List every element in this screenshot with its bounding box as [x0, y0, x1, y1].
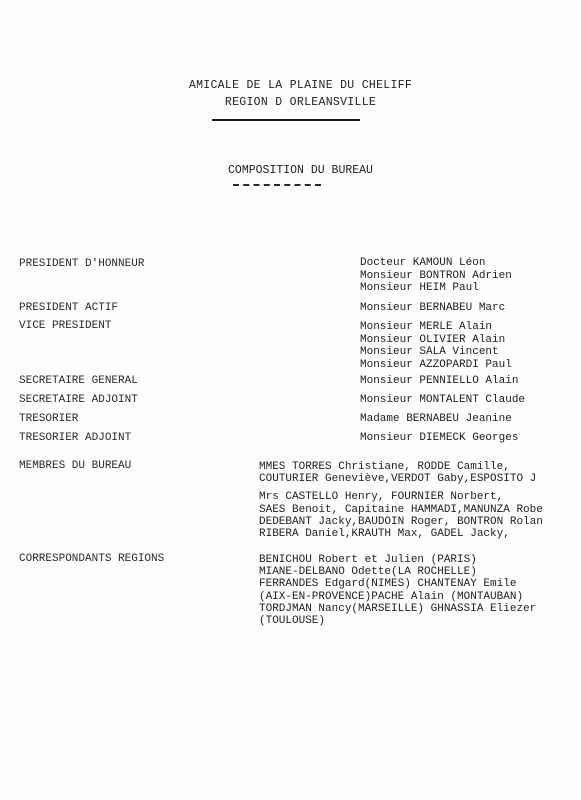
name-entry: Monsieur AZZOPARDI Paul [360, 359, 512, 372]
names-tresorier: Madame BERNABEU Jeanine [360, 413, 512, 426]
correspondent-line: MIANE-DELBANO Odette(LA ROCHELLE) [259, 566, 536, 578]
role-label-correspondants-regions: CORRESPONDANTS REGIONS [19, 553, 164, 565]
document-page: AMICALE DE LA PLAINE DU CHELIFF REGION D… [0, 0, 581, 800]
names-tresorier-adjoint: Monsieur DIEMECK Georges [360, 432, 518, 445]
name-entry: Monsieur OLIVIER Alain [360, 334, 512, 347]
name-entry: Madame BERNABEU Jeanine [360, 413, 512, 426]
role-label-membres-bureau: MEMBRES DU BUREAU [19, 460, 131, 472]
name-entry: Monsieur MONTALENT Claude [360, 394, 525, 407]
members-line: MMES TORRES Christiane, RODDE Camille, [259, 461, 543, 473]
names-president-honneur: Docteur KAMOUN Léon Monsieur BONTRON Adr… [360, 257, 512, 295]
name-entry: Docteur KAMOUN Léon [360, 257, 512, 270]
members-list: MMES TORRES Christiane, RODDE Camille, C… [259, 461, 543, 540]
name-entry: Monsieur SALA Vincent [360, 346, 512, 359]
role-label-president-honneur: PRESIDENT D'HONNEUR [19, 258, 144, 270]
section-title-underline [233, 184, 321, 186]
role-label-tresorier: TRESORIER [19, 413, 78, 425]
members-line: RIBERA Daniel,KRAUTH Max, GADEL Jacky, [259, 528, 543, 540]
members-line: Mrs CASTELLO Henry, FOURNIER Norbert, [259, 491, 543, 503]
names-president-actif: Monsieur BERNABEU Marc [360, 302, 505, 315]
role-label-secretaire-general: SECRETAIRE GENERAL [19, 375, 138, 387]
correspondent-line: (TOULOUSE) [259, 615, 536, 627]
name-entry: Monsieur PENNIELLO Alain [360, 375, 518, 388]
name-entry: Monsieur MERLE Alain [360, 321, 512, 334]
header-underline [212, 119, 360, 121]
name-entry: Monsieur BONTRON Adrien [360, 270, 512, 283]
members-line: DEDEBANT Jacky,BAUDOIN Roger, BONTRON Ro… [259, 516, 543, 528]
names-secretaire-adjoint: Monsieur MONTALENT Claude [360, 394, 525, 407]
members-line: COUTURIER Geneviève,VERDOT Gaby,ESPOSITO… [259, 473, 543, 485]
region-name: REGION D ORLEANSVILLE [10, 96, 581, 109]
correspondent-line: (AIX-EN-PROVENCE)PACHE Alain (MONTAUBAN) [259, 591, 536, 603]
correspondent-line: BENICHOU Robert et Julien (PARIS) [259, 554, 536, 566]
name-entry: Monsieur HEIM Paul [360, 282, 512, 295]
name-entry: Monsieur BERNABEU Marc [360, 302, 505, 315]
correspondent-line: FERRANDES Edgard(NIMES) CHANTENAY Emile [259, 578, 536, 590]
correspondent-line: TORDJMAN Nancy(MARSEILLE) GHNASSIA Eliez… [259, 603, 536, 615]
section-title: COMPOSITION DU BUREAU [10, 164, 581, 177]
name-entry: Monsieur DIEMECK Georges [360, 432, 518, 445]
role-label-secretaire-adjoint: SECRETAIRE ADJOINT [19, 394, 138, 406]
role-label-president-actif: PRESIDENT ACTIF [19, 302, 118, 314]
members-line: SAES Benoit, Capitaine HAMMADI,MANUNZA R… [259, 504, 543, 516]
names-secretaire-general: Monsieur PENNIELLO Alain [360, 375, 518, 388]
role-label-tresorier-adjoint: TRESORIER ADJOINT [19, 432, 131, 444]
organization-name: AMICALE DE LA PLAINE DU CHELIFF [10, 79, 581, 92]
correspondents-list: BENICHOU Robert et Julien (PARIS) MIANE-… [259, 554, 536, 627]
role-label-vice-president: VICE PRESIDENT [19, 320, 111, 332]
names-vice-president: Monsieur MERLE Alain Monsieur OLIVIER Al… [360, 321, 512, 371]
